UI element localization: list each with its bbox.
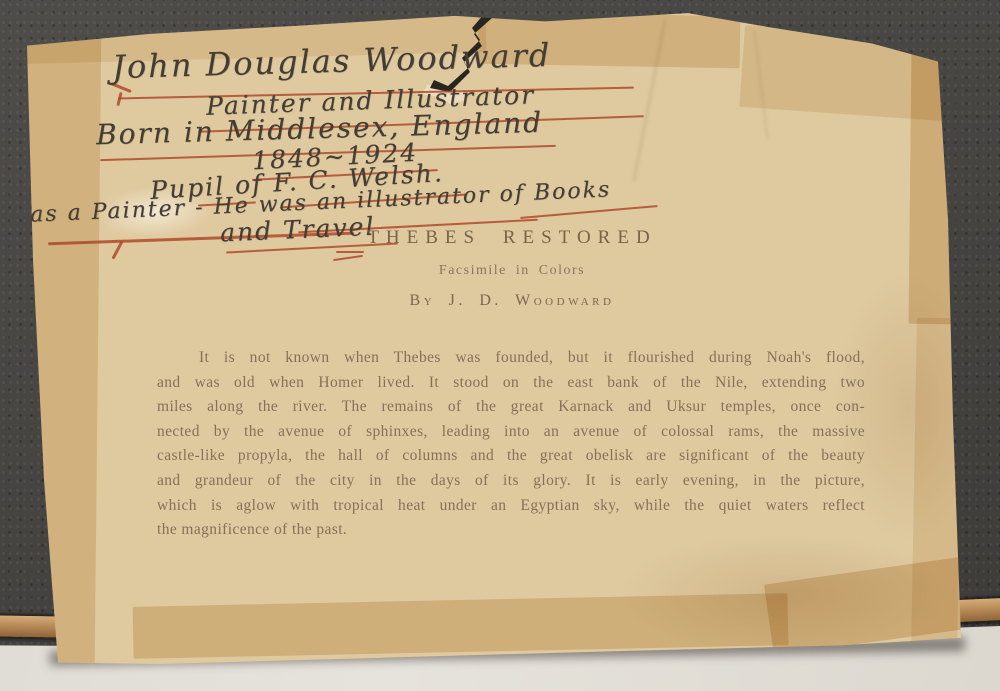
paragraph-line: miles along the river. The remains of th… (157, 395, 865, 420)
red-equals-mark-2 (333, 255, 363, 261)
photo-scene: John Douglas Woodward Painter and Illust… (0, 0, 1000, 691)
page-byline: By J. D. Woodward (292, 292, 732, 310)
paragraph-line: nected by the avenue of sphinxes, leadin… (157, 420, 865, 445)
paragraph-line: and grandeur of the city in the days of … (157, 469, 865, 494)
paragraph-line: castle-like propyla, the hall of columns… (157, 444, 865, 469)
wooden-frame-edge-right (956, 598, 1000, 622)
paper-document: John Douglas Woodward Painter and Illust… (0, 0, 1000, 691)
stain-bottom-right (620, 535, 950, 655)
paragraph-line: and was old when Homer lived. It stood o… (157, 371, 865, 396)
body-paragraph: It is not known when Thebes was founded,… (157, 346, 865, 543)
wooden-frame-edge-left (0, 615, 60, 637)
page-title: THEBES RESTORED (292, 227, 732, 249)
red-equals-mark (336, 251, 364, 253)
red-swoosh-hook (111, 240, 123, 259)
paragraph-line: which is aglow with tropical heat under … (157, 494, 865, 519)
page-subtitle: Facsimile in Colors (292, 263, 732, 279)
paragraph-line: It is not known when Thebes was founded,… (157, 346, 865, 371)
red-underline (520, 205, 658, 219)
paragraph-line: the magnificence of the past. (157, 518, 865, 543)
